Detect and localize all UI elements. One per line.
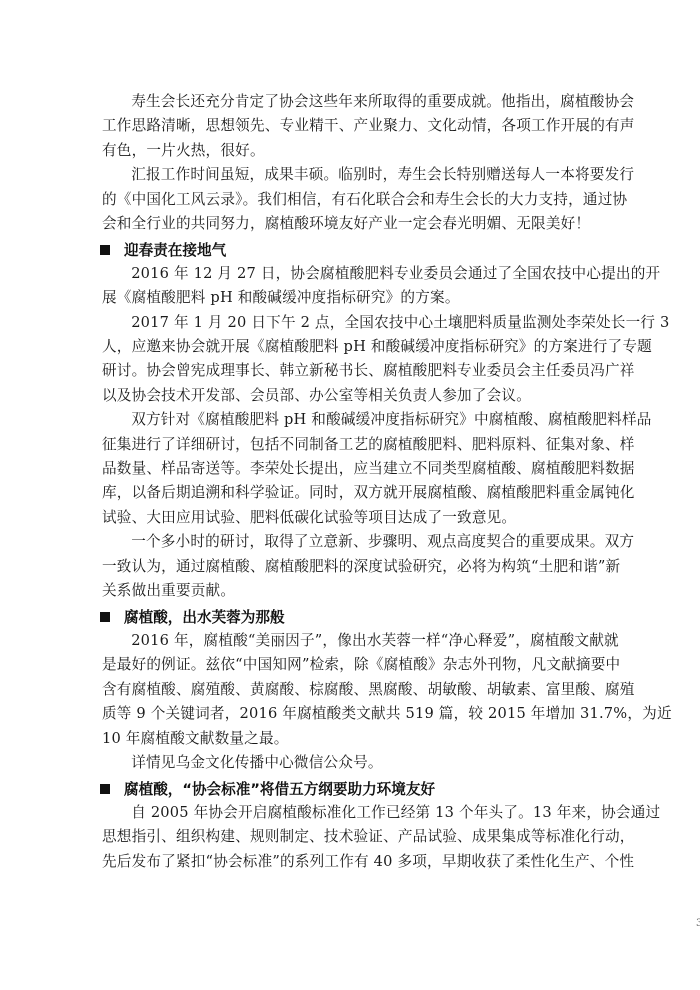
text-line: 的《中国化工风云录》。我们相信，有石化联合会和寿生会长的大力支持，通过协: [102, 188, 662, 212]
section-heading-text: 迎春责在接地气: [124, 239, 226, 260]
body-paragraph: 汇报工作时间虽短，成果丰硕。临别时，寿生会长特别赠送每人一本将要发行的《中国化工…: [102, 163, 662, 236]
section-heading-text: 腐植酸，“协会标准”将借五方纲要助力环境友好: [124, 778, 435, 799]
text-line: 征集进行了详细研讨，包括不同制备工艺的腐植酸肥料、肥料原料、征集对象、样: [102, 433, 662, 457]
text-line: 自 2005 年协会开启腐植酸标准化工作已经第 13 个年头了。13 年来，协会…: [102, 801, 662, 825]
body-paragraph: 寿生会长还充分肯定了协会这些年来所取得的重要成就。他指出，腐植酸协会工作思路清晰…: [102, 90, 662, 163]
text-line: 展《腐植酸肥料 pH 和酸碱缓冲度指标研究》的方案。: [102, 286, 662, 310]
text-line: 2017 年 1 月 20 日下午 2 点，全国农技中心土壤肥料质量监测处李荣处…: [102, 311, 662, 335]
text-line: 会和全行业的共同努力，腐植酸环境友好产业一定会春光明媚、无限美好！: [102, 212, 662, 236]
text-line: 以及协会技术开发部、会员部、办公室等相关负责人参加了会议。: [102, 384, 662, 408]
text-line: 品数量、样品寄送等。李荣处长提出，应当建立不同类型腐植酸、腐植酸肥料数据: [102, 457, 662, 481]
text-line: 工作思路清晰，思想领先、专业精干、产业聚力、文化动情，各项工作开展的有声: [102, 114, 662, 138]
body-paragraph: 一个多小时的研讨，取得了立意新、步骤明、观点高度契合的重要成果。双方一致认为，通…: [102, 530, 662, 603]
square-bullet-icon: [100, 245, 110, 255]
text-line: 含有腐植酸、腐殖酸、黄腐酸、棕腐酸、黑腐酸、胡敏酸、胡敏素、富里酸、腐殖: [102, 678, 662, 702]
body-paragraph: 双方针对《腐植酸肥料 pH 和酸碱缓冲度指标研究》中腐植酸、腐植酸肥料样品征集进…: [102, 408, 662, 530]
text-line: 质等 9 个关键词者，2016 年腐植酸类文献共 519 篇，较 2015 年增…: [102, 702, 662, 726]
text-line: 2016 年 12 月 27 日，协会腐植酸肥料专业委员会通过了全国农技中心提出…: [102, 262, 662, 286]
square-bullet-icon: [100, 784, 110, 794]
text-line: 先后发布了紧扣“协会标准”的系列工作有 40 多项，早期收获了柔性化生产、个性: [102, 850, 662, 874]
text-line: 双方针对《腐植酸肥料 pH 和酸碱缓冲度指标研究》中腐植酸、腐植酸肥料样品: [102, 408, 662, 432]
text-line: 关系做出重要贡献。: [102, 579, 662, 603]
page-number: 3: [696, 918, 700, 929]
body-paragraph: 自 2005 年协会开启腐植酸标准化工作已经第 13 个年头了。13 年来，协会…: [102, 801, 662, 874]
text-line: 是最好的例证。兹依“中国知网”检索，除《腐植酸》杂志外刊物，凡文献摘要中: [102, 653, 662, 677]
body-paragraph: 详情见乌金文化传播中心微信公众号。: [102, 751, 662, 775]
section-heading: 迎春责在接地气: [100, 237, 662, 261]
text-line: 10 年腐植酸文献数量之最。: [102, 727, 662, 751]
text-line: 人，应邀来协会就开展《腐植酸肥料 pH 和酸碱缓冲度指标研究》的方案进行了专题: [102, 335, 662, 359]
text-line: 2016 年，腐植酸“美丽因子”，像出水芙蓉一样“净心释爱”，腐植酸文献就: [102, 629, 662, 653]
body-paragraph: 2016 年 12 月 27 日，协会腐植酸肥料专业委员会通过了全国农技中心提出…: [102, 262, 662, 311]
body-paragraph: 2017 年 1 月 20 日下午 2 点，全国农技中心土壤肥料质量监测处李荣处…: [102, 311, 662, 409]
document-page: 寿生会长还充分肯定了协会这些年来所取得的重要成就。他指出，腐植酸协会工作思路清晰…: [102, 90, 662, 874]
text-line: 有色，一片火热，很好。: [102, 139, 662, 163]
square-bullet-icon: [100, 612, 110, 622]
text-line: 一个多小时的研讨，取得了立意新、步骤明、观点高度契合的重要成果。双方: [102, 530, 662, 554]
body-paragraph: 2016 年，腐植酸“美丽因子”，像出水芙蓉一样“净心释爱”，腐植酸文献就是最好…: [102, 629, 662, 751]
text-line: 库，以备后期追溯和科学验证。同时，双方就开展腐植酸、腐植酸肥料重金属钝化: [102, 481, 662, 505]
text-line: 思想指引、组织构建、规则制定、技术验证、产品试验、成果集成等标准化行动，: [102, 825, 662, 849]
section-heading: 腐植酸，出水芙蓉为那般: [100, 605, 662, 629]
text-line: 研讨。协会曾宪成理事长、韩立新秘书长、腐植酸肥料专业委员会主任委员冯广祥: [102, 359, 662, 383]
text-line: 一致认为，通过腐植酸、腐植酸肥料的深度试验研究，必将为构筑“土肥和谐”新: [102, 555, 662, 579]
text-line: 寿生会长还充分肯定了协会这些年来所取得的重要成就。他指出，腐植酸协会: [102, 90, 662, 114]
section-heading-text: 腐植酸，出水芙蓉为那般: [124, 606, 285, 627]
text-line: 汇报工作时间虽短，成果丰硕。临别时，寿生会长特别赠送每人一本将要发行: [102, 163, 662, 187]
section-heading: 腐植酸，“协会标准”将借五方纲要助力环境友好: [100, 776, 662, 800]
text-line: 试验、大田应用试验、肥料低碳化试验等项目达成了一致意见。: [102, 506, 662, 530]
text-line: 详情见乌金文化传播中心微信公众号。: [102, 751, 662, 775]
